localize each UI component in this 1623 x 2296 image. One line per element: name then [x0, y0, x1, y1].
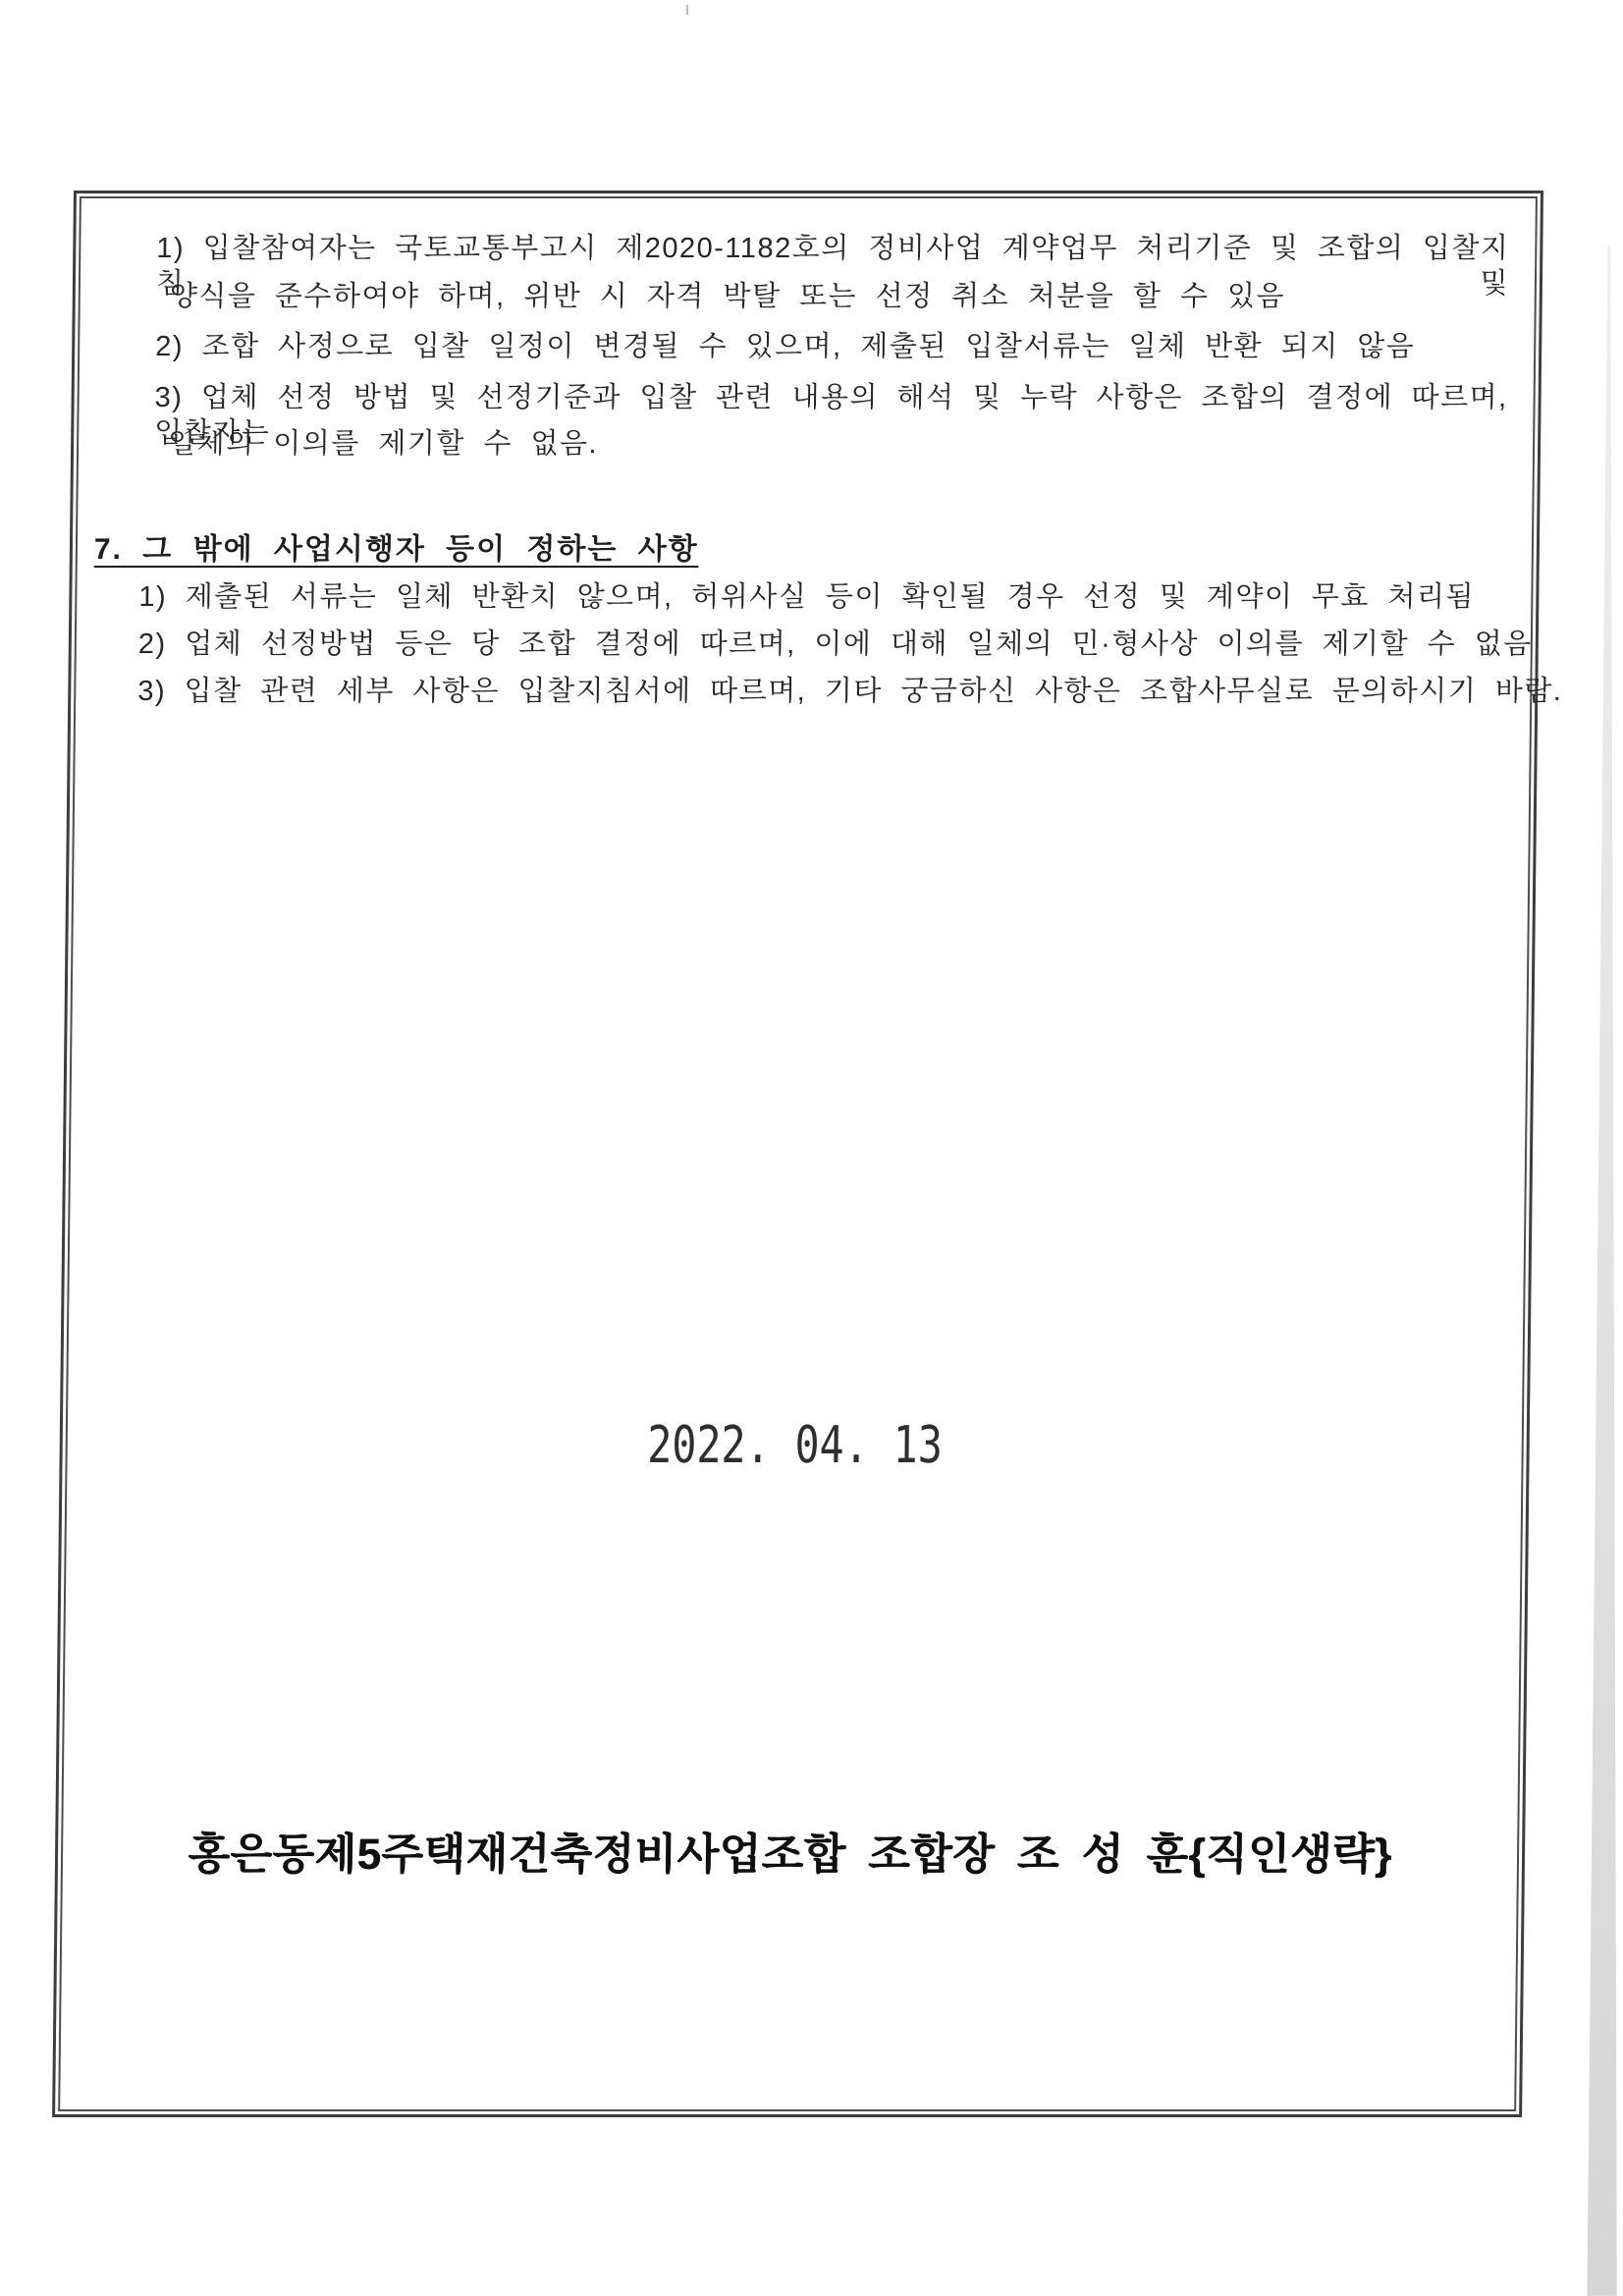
signature-line: 홍은동제5주택재건축정비사업조합 조합장 조 성 훈{직인생략} — [188, 1819, 1392, 1882]
section-7-item3: 3) 입찰 관련 세부 사항은 입찰지침서에 따르며, 기타 궁금하신 사항은 … — [137, 674, 1563, 709]
scan-artifact-tick — [686, 5, 688, 15]
scan-edge-shadow — [1584, 246, 1617, 2296]
general-condition-item3-line2: 일체의 이의를 제기할 수 없음. — [168, 426, 598, 462]
scanned-document-page: 1) 입찰참여자는 국토교통부고시 제2020-1182호의 정비사업 계약업무… — [0, 0, 1623, 2296]
document-date: 2022. 04. 13 — [647, 1416, 943, 1475]
signature-row: 홍은동제5주택재건축정비사업조합 조합장 조 성 훈{직인생략} — [58, 1819, 1523, 1882]
general-condition-item1-line2: 양식을 준수하여야 하며, 위반 시 자격 박탈 또는 선정 취소 처분을 할 … — [170, 279, 1286, 314]
section-7-item1: 1) 제출된 서류는 일체 반환치 않으며, 허위사실 등이 확인될 경우 선정… — [138, 579, 1475, 615]
general-condition-item2: 2) 조합 사정으로 입찰 일정이 변경될 수 있으며, 제출된 입찰서류는 일… — [155, 329, 1415, 364]
document-date-row: 2022. 04. 13 — [62, 1416, 1527, 1475]
section-7-item2: 2) 업체 선정방법 등은 당 조합 결정에 따르며, 이에 대해 일체의 민·… — [138, 627, 1533, 662]
document-border-frame: 1) 입찰참여자는 국토교통부고시 제2020-1182호의 정비사업 계약업무… — [52, 191, 1543, 2117]
section-7-heading: 7. 그 밖에 사업시행자 등이 정하는 사항 — [94, 524, 699, 568]
